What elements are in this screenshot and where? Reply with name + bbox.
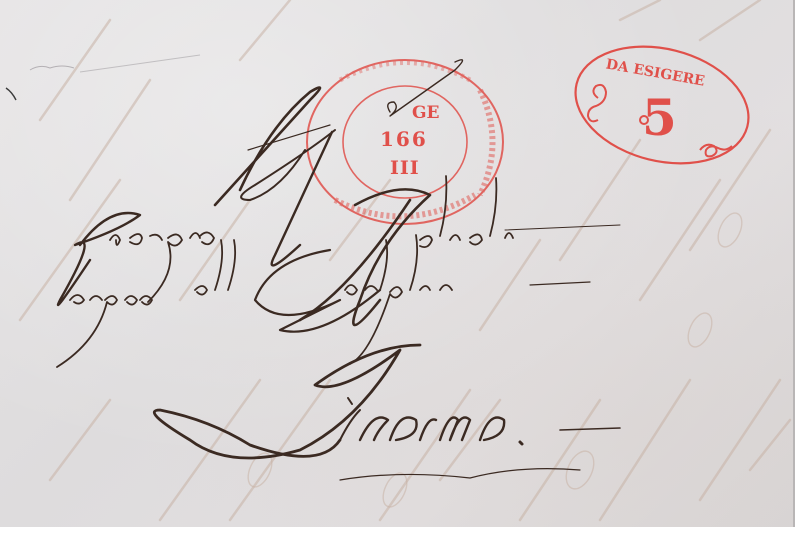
city-script xyxy=(154,345,620,480)
marginal-note-mark xyxy=(30,66,74,70)
care-of-script xyxy=(57,235,590,367)
handwritten-address xyxy=(0,0,795,527)
paper-right-edge xyxy=(793,0,795,527)
letter-sheet: GE 166 III DA ESIGERE 5 xyxy=(0,0,795,527)
salutation-script xyxy=(215,60,463,266)
